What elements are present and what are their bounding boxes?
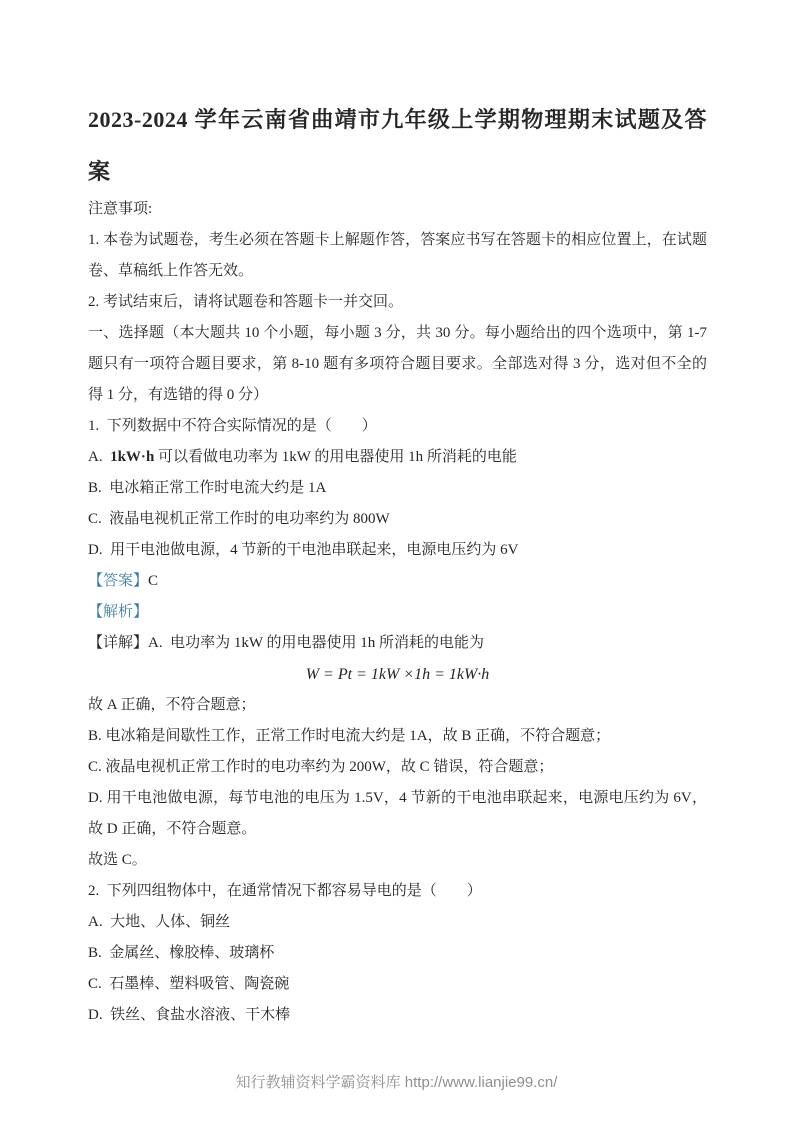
document-body: 注意事项: 1. 本卷为试题卷，考生必须在答题卡上解题作答，答案应书写在答题卡的… [88,194,707,1031]
question-1-option-b: B. 电冰箱正常工作时电流大约是 1A [88,473,707,504]
question-1-detail-a: 故 A 正确，不符合题意； [88,690,707,721]
question-2-option-d: D. 铁丝、食盐水溶液、干木棒 [88,1000,707,1031]
footer-link[interactable]: 知行教辅资料学霸资料库 http://www.lianjie99.cn/ [236,1074,558,1091]
section-1-heading: 一、选择题（本大题共 10 个小题，每小题 3 分，共 30 分。每小题给出的四… [88,318,707,411]
question-1-answer-line: 【答案】C [88,566,707,597]
option-a-label: A. [88,449,110,465]
question-2-option-b: B. 金属丝、橡胶棒、玻璃杯 [88,938,707,969]
document-title: 2023-2024 学年云南省曲靖市九年级上学期物理期末试题及答案 [88,94,707,198]
question-1-option-a: A. 1kW·h 可以看做电功率为 1kW 的用电器使用 1h 所消耗的电能 [88,442,707,473]
question-1-detail-d: D. 用干电池做电源，每节电池的电压为 1.5V，4 节新的干电池串联起来，电源… [88,783,707,845]
answer-value: C [148,573,158,589]
option-a-bold-term: 1kW·h [110,449,154,465]
document-page: 2023-2024 学年云南省曲靖市九年级上学期物理期末试题及答案 注意事项: … [0,0,793,1122]
question-1-detail-c: C. 液晶电视机正常工作时的电功率约为 200W，故 C 错误，符合题意； [88,752,707,783]
question-2-option-a: A. 大地、人体、铜丝 [88,907,707,938]
question-1-option-d: D. 用干电池做电源，4 节新的干电池串联起来，电源电压约为 6V [88,535,707,566]
page-footer: 知行教辅资料学霸资料库 http://www.lianjie99.cn/ [0,1071,793,1092]
question-2-option-c: C. 石墨棒、塑料吸管、陶瓷碗 [88,969,707,1000]
question-1-formula: W = Pt = 1kW ×1h = 1kW·h [88,659,707,690]
question-1-detail-intro: 【详解】A. 电功率为 1kW 的用电器使用 1h 所消耗的电能为 [88,628,707,659]
option-a-text: 可以看做电功率为 1kW 的用电器使用 1h 所消耗的电能 [154,449,517,465]
question-1-detail-b: B. 电冰箱是间歇性工作，正常工作时电流大约是 1A，故 B 正确，不符合题意； [88,721,707,752]
notice-item-2: 2. 考试结束后，请将试题卷和答题卡一并交回。 [88,287,707,318]
question-1-stem: 1. 下列数据中不符合实际情况的是（ ） [88,411,707,442]
analysis-label: 【解析】 [88,604,148,620]
question-2-stem: 2. 下列四组物体中，在通常情况下都容易导电的是（ ） [88,876,707,907]
answer-label: 【答案】 [88,573,148,589]
notice-item-1: 1. 本卷为试题卷，考生必须在答题卡上解题作答，答案应书写在答题卡的相应位置上，… [88,225,707,287]
question-1-option-c: C. 液晶电视机正常工作时的电功率约为 800W [88,504,707,535]
question-1-conclusion: 故选 C。 [88,845,707,876]
question-1-analysis-line: 【解析】 [88,597,707,628]
notice-heading: 注意事项: [88,194,707,225]
